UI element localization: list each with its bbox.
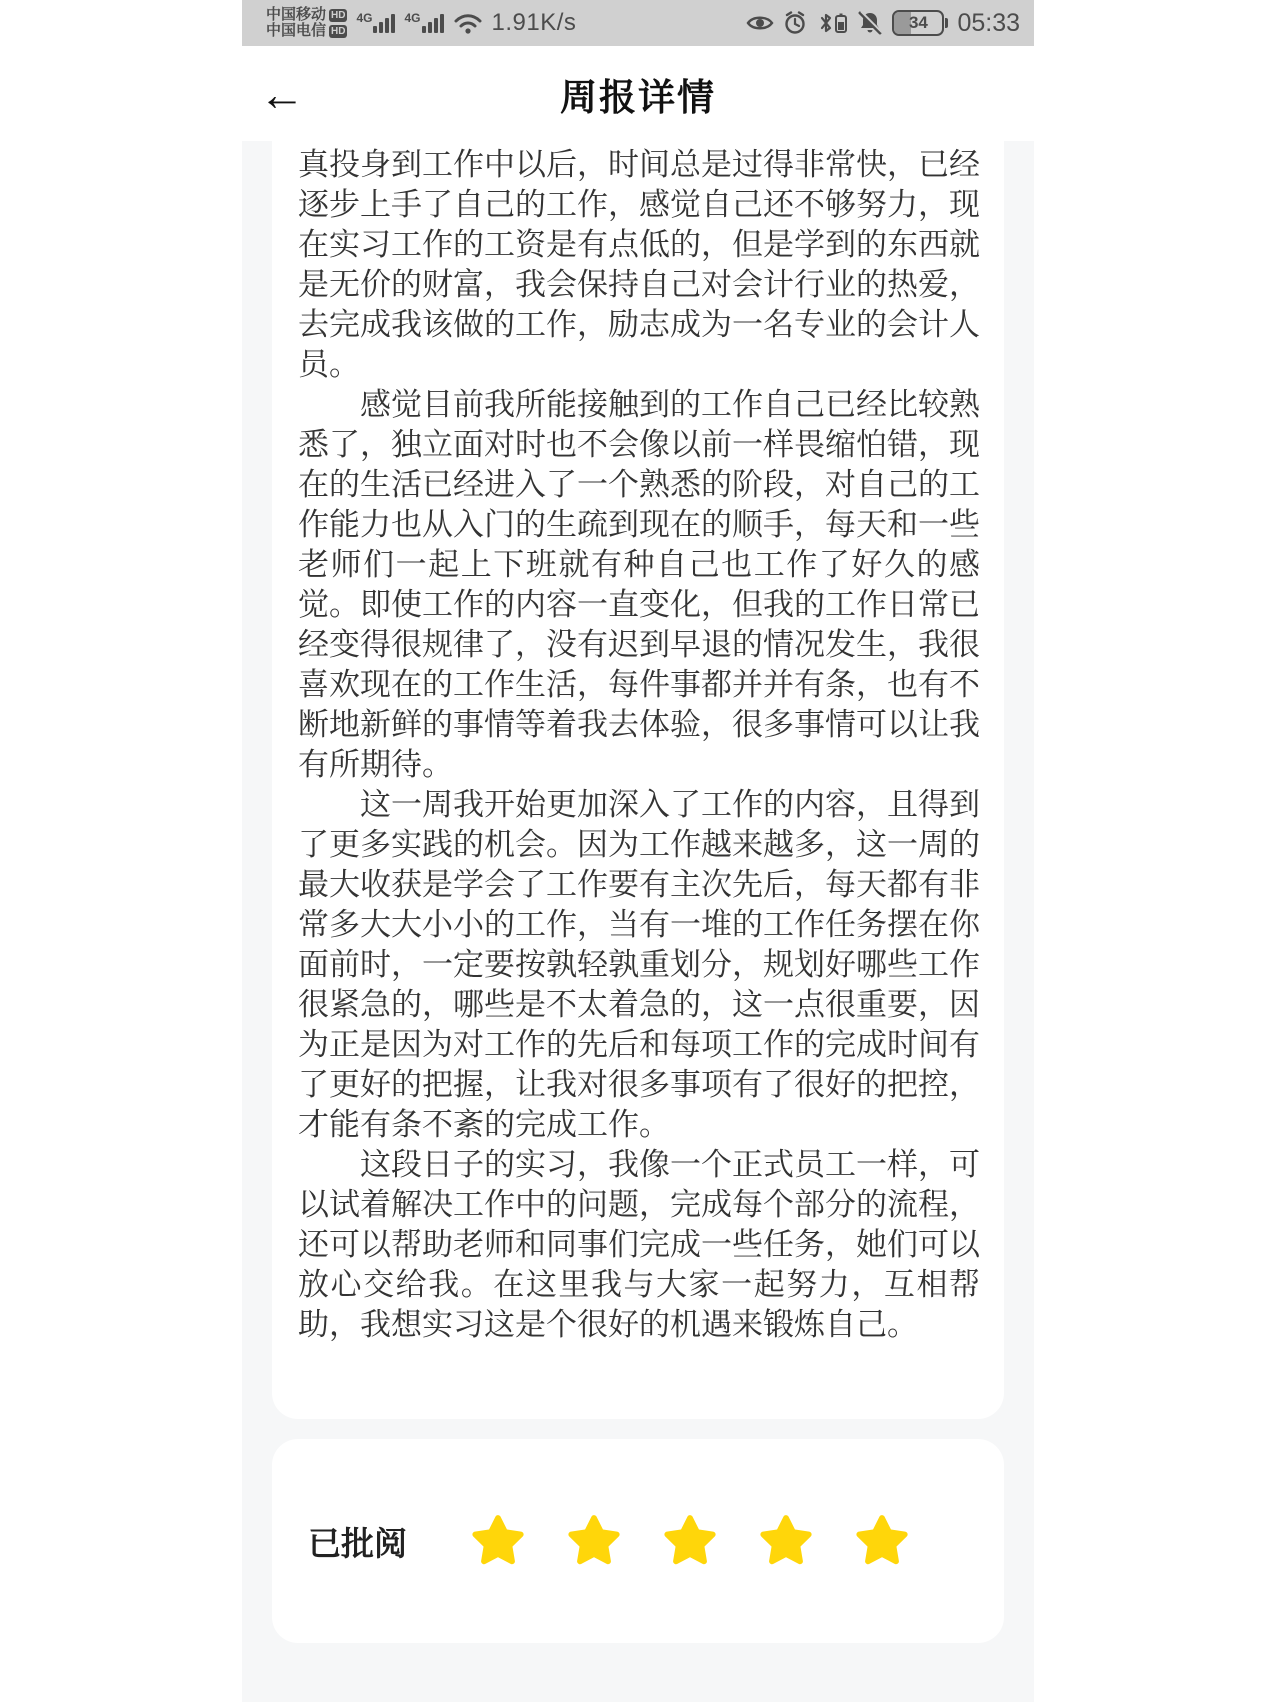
star-icon [853,1512,911,1570]
mute-bell-icon [857,11,883,35]
signal-strength-icon: 4G [356,13,395,33]
carrier-name-1: 中国移动 [266,7,326,23]
status-bar-right: 34 05:33 [746,9,1020,38]
carrier-name-2: 中国电信 [266,23,326,39]
eye-protection-icon [746,13,774,33]
report-scroll-area[interactable]: 真投身到工作中以后，时间总是过得非常快，已经逐步上手了自己的工作，感觉自己还不够… [242,141,1034,1643]
network-speed: 1.91K/s [492,9,577,37]
network-type-label: 4G [404,13,420,23]
alarm-clock-icon [783,11,807,35]
star-icon [469,1512,527,1570]
status-bar-left: 中国移动 HD 中国电信 HD 4G 4G [266,7,576,39]
status-bar: 中国移动 HD 中国电信 HD 4G 4G [242,0,1034,46]
star-icon [757,1512,815,1570]
hd-badge-icon: HD [329,9,347,22]
phone-screen: 中国移动 HD 中国电信 HD 4G 4G [242,0,1034,1702]
clock-time: 05:33 [957,9,1020,38]
report-paragraph: 感觉目前我所能接触到的工作自己已经比较熟悉了，独立面对时也不会像以前一样畏缩怕错… [298,385,980,785]
review-status-badge: 已批阅 [308,1518,407,1565]
battery-percent: 34 [909,13,928,33]
battery-icon: 34 [892,10,948,36]
page-title: 周报详情 [242,67,1034,121]
carrier-labels: 中国移动 HD 中国电信 HD [266,7,347,39]
report-paragraph: 真投身到工作中以后，时间总是过得非常快，已经逐步上手了自己的工作，感觉自己还不够… [298,145,980,385]
star-rating [469,1512,911,1570]
review-card: 已批阅 [272,1439,1004,1643]
report-text-card: 真投身到工作中以后，时间总是过得非常快，已经逐步上手了自己的工作，感觉自己还不够… [272,141,1004,1419]
bluetooth-device-battery-icon [816,11,848,35]
hd-badge-icon: HD [329,25,347,38]
report-paragraph: 这一周我开始更加深入了工作的内容，且得到了更多实践的机会。因为工作越来越多，这一… [298,785,980,1145]
network-type-label: 4G [356,13,372,23]
signal-strength-icon: 4G [404,13,443,33]
wifi-icon [453,11,483,35]
star-icon [661,1512,719,1570]
title-bar: ← 周报详情 [242,46,1034,141]
star-icon [565,1512,623,1570]
report-paragraph: 这段日子的实习，我像一个正式员工一样，可以试着解决工作中的问题，完成每个部分的流… [298,1145,980,1345]
